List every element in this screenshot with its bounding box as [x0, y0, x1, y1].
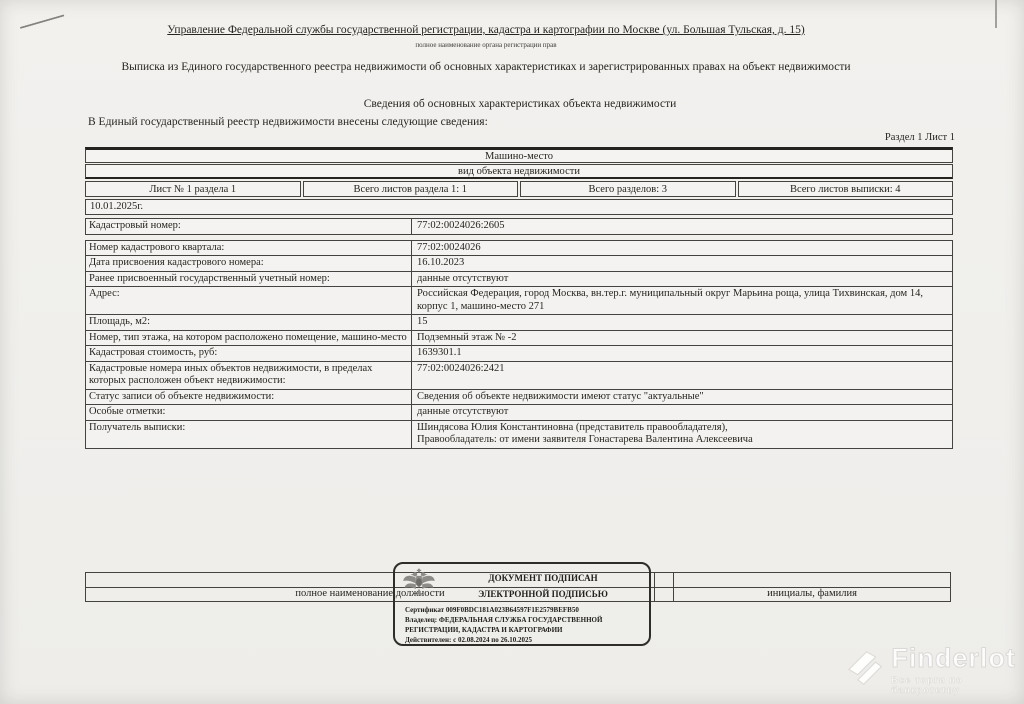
row-value: Шиндясова Юлия Константиновна (представи… — [412, 421, 952, 448]
row-value: 15 — [412, 315, 952, 330]
object-type-caption: вид объекта недвижимости — [85, 164, 953, 179]
row-label: Кадастровые номера иных объектов недвижи… — [86, 362, 412, 389]
object-info-table: Машино-место вид объекта недвижимости Ли… — [85, 147, 953, 449]
stamp-owner-line2: РЕГИСТРАЦИИ, КАДАСТРА И КАРТОГРАФИИ — [405, 625, 649, 635]
sheet-info-cell: Всего разделов: 3 — [520, 181, 736, 197]
row-label: Кадастровая стоимость, руб: — [86, 346, 412, 361]
sheet-info-cell: Всего листов раздела 1: 1 — [303, 181, 519, 197]
intro-line: В Единый государственный реестр недвижим… — [88, 116, 488, 128]
table-row: Статус записи об объекте недвижимости: С… — [86, 389, 952, 405]
digital-signature-stamp: ДОКУМЕНТ ПОДПИСАН ЭЛЕКТРОННОЙ ПОДПИСЬЮ С… — [393, 562, 651, 646]
table-row: Ранее присвоенный государственный учетны… — [86, 271, 952, 287]
table-row: Адрес: Российская Федерация, город Москв… — [86, 286, 952, 314]
table-row: Площадь, м2: 15 — [86, 314, 952, 330]
row-value: данные отсутствуют — [412, 272, 952, 287]
table-row: Получатель выписки: Шиндясова Юлия Конст… — [86, 420, 952, 448]
table-row: Особые отметки: данные отсутствуют — [86, 404, 952, 420]
authority-caption: полное наименование органа регистрации п… — [0, 41, 972, 49]
section-page-label: Раздел 1 Лист 1 — [85, 132, 955, 143]
row-label: Ранее присвоенный государственный учетны… — [86, 272, 412, 287]
row-label: Площадь, м2: — [86, 315, 412, 330]
row-value: 1639301.1 — [412, 346, 952, 361]
document-title: Выписка из Единого государственного реес… — [0, 61, 972, 73]
sheet-info-cell: Всего листов выписки: 4 — [738, 181, 954, 197]
extract-date: 10.01.2025г. — [85, 199, 953, 215]
row-value: Российская Федерация, город Москва, вн.т… — [412, 287, 952, 314]
authority-name: Управление Федеральной службы государств… — [0, 24, 972, 36]
table-row-cadastral-number: Кадастровый номер: 77:02:0024026:2605 — [85, 218, 953, 235]
watermark-tagline: Все торги по банкротству — [891, 675, 1024, 695]
sheet-info-row: Лист № 1 раздела 1 Всего листов раздела … — [85, 181, 953, 197]
row-value: 77:02:0024026:2605 — [412, 219, 952, 234]
row-label: Особые отметки: — [86, 405, 412, 420]
stamp-header: ДОКУМЕНТ ПОДПИСАН ЭЛЕКТРОННОЙ ПОДПИСЬЮ — [395, 564, 649, 602]
row-label: Адрес: — [86, 287, 412, 314]
row-label: Кадастровый номер: — [86, 219, 412, 234]
row-value: 77:02:0024026 — [412, 241, 952, 256]
rosreestr-eagle-emblem-icon — [401, 566, 437, 602]
scan-edge-artifact — [995, 0, 997, 28]
authority-name-text: Управление Федеральной службы государств… — [167, 24, 804, 36]
section-title: Сведения об основных характеристиках объ… — [85, 98, 955, 110]
stamp-titles: ДОКУМЕНТ ПОДПИСАН ЭЛЕКТРОННОЙ ПОДПИСЬЮ — [437, 564, 649, 599]
row-value: 16.10.2023 — [412, 256, 952, 271]
signature-spacer-cell — [654, 572, 674, 588]
name-caption: инициалы, фамилия — [673, 587, 951, 602]
sheet-info-cell: Лист № 1 раздела 1 — [85, 181, 301, 197]
row-value: данные отсутствуют — [412, 405, 952, 420]
table-row: Номер кадастрового квартала: 77:02:00240… — [86, 241, 952, 256]
row-label: Дата присвоения кадастрового номера: — [86, 256, 412, 271]
row-label: Номер, тип этажа, на котором расположено… — [86, 331, 412, 346]
row-label: Номер кадастрового квартала: — [86, 241, 412, 256]
finderlot-logo-icon — [843, 645, 887, 697]
attributes-table: Номер кадастрового квартала: 77:02:00240… — [85, 240, 953, 449]
watermark-brand: Finderlot — [891, 643, 1024, 674]
row-value: Сведения об объекте недвижимости имеют с… — [412, 390, 952, 405]
stamp-line2: ЭЛЕКТРОННОЙ ПОДПИСЬЮ — [437, 589, 649, 599]
stamp-line1: ДОКУМЕНТ ПОДПИСАН — [437, 573, 649, 583]
finderlot-watermark: Finderlot Все торги по банкротству — [843, 643, 1024, 697]
row-value: 77:02:0024026:2421 — [412, 362, 952, 389]
signature-spacer-cell — [654, 587, 674, 602]
table-row: Дата присвоения кадастрового номера: 16.… — [86, 255, 952, 271]
stamp-owner-line1: Владелец: ФЕДЕРАЛЬНАЯ СЛУЖБА ГОСУДАРСТВЕ… — [405, 615, 649, 625]
watermark-text: Finderlot Все торги по банкротству — [891, 643, 1024, 695]
row-value-line2: Правообладатель: от имени заявителя Гона… — [417, 434, 947, 447]
object-type: Машино-место — [85, 147, 953, 163]
table-row: Номер, тип этажа, на котором расположено… — [86, 330, 952, 346]
row-label: Получатель выписки: — [86, 421, 412, 448]
table-row: Кадастровые номера иных объектов недвижи… — [86, 361, 952, 389]
signature-line-cell — [673, 572, 951, 588]
stamp-details: Сертификат 009F0BDC181A023B64597F1E2579B… — [405, 605, 649, 645]
row-label: Статус записи об объекте недвижимости: — [86, 390, 412, 405]
row-value: Подземный этаж № -2 — [412, 331, 952, 346]
row-value-line1: Шиндясова Юлия Константиновна (представи… — [417, 422, 947, 435]
stamp-certificate: Сертификат 009F0BDC181A023B64597F1E2579B… — [405, 605, 649, 615]
table-row: Кадастровая стоимость, руб: 1639301.1 — [86, 345, 952, 361]
stamp-validity: Действителен: с 02.08.2024 по 26.10.2025 — [405, 635, 649, 645]
